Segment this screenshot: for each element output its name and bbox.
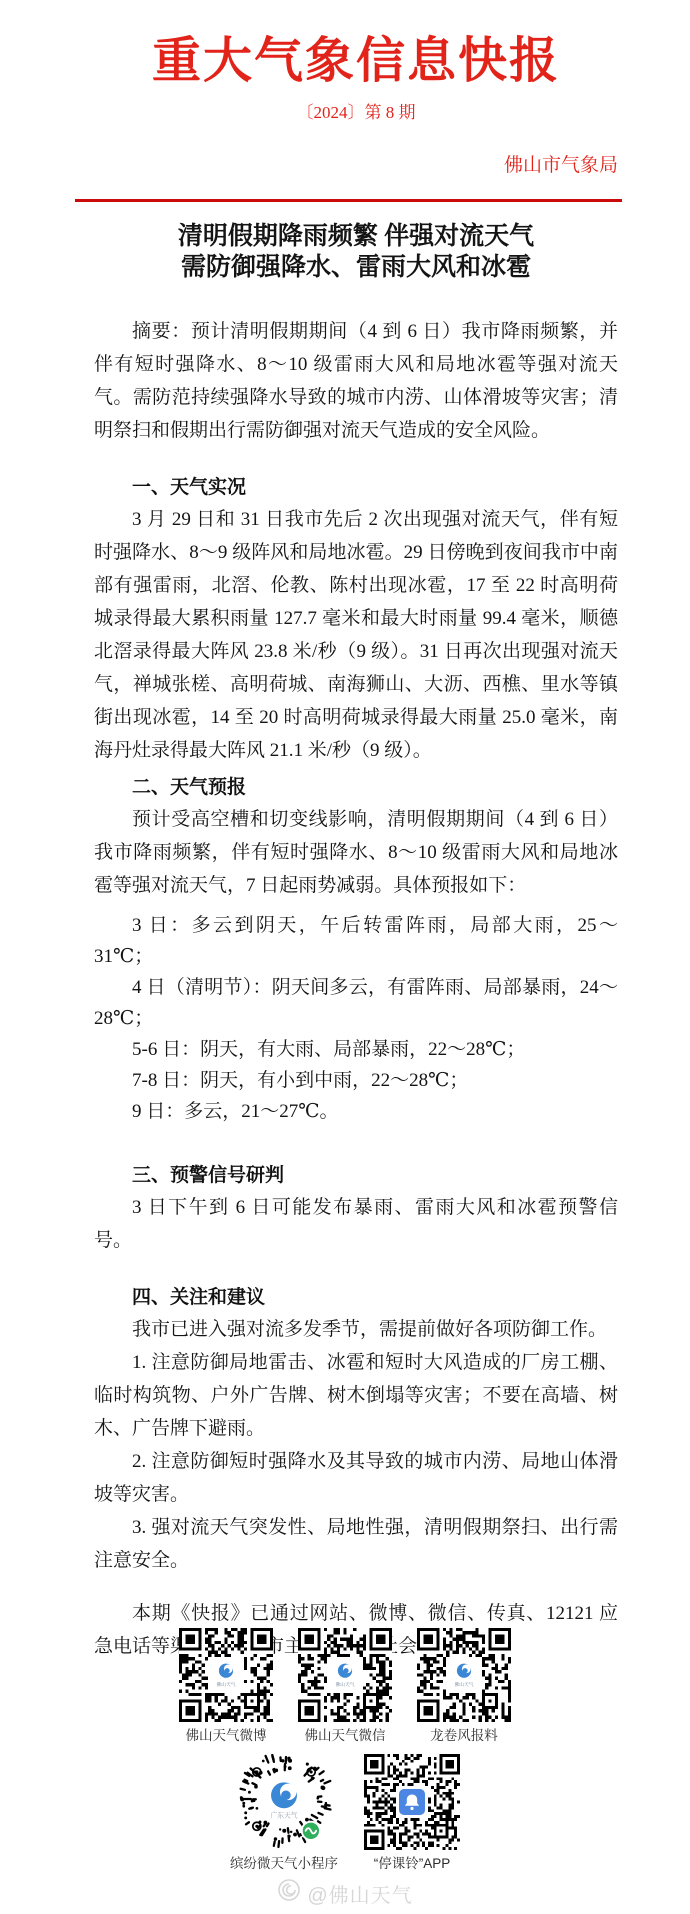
mini-program-code: 广东天气 [236,1754,332,1850]
section-1: 一、天气实况3 月 29 日和 31 日我市先后 2 次出现强对流天气，伴有短时… [94,473,618,767]
section-paragraph: 3. 强对流天气突发性、局地性强，清明假期祭扫、出行需注意安全。 [94,1511,618,1577]
headline-line-1: 清明假期降雨频繁 伴强对流天气 [94,221,618,252]
bell-icon [398,1788,426,1816]
qr-cell: 佛山天气龙卷风报料 [417,1628,511,1744]
qr-row-1: 佛山天气佛山天气微博佛山天气佛山天气微信佛山天气龙卷风报料 [0,1628,690,1744]
qr-code: 佛山天气 [298,1628,392,1722]
forecast-item: 5-6 日：阴天，有大雨、局部暴雨，22～28℃； [94,1034,618,1065]
qr-label: 缤纷微天气小程序 [230,1855,338,1872]
qr-label: 佛山天气微信 [305,1727,386,1744]
swirl-logo-icon: 佛山天气 [333,1661,357,1689]
svg-text:广东天气: 广东天气 [271,1810,298,1819]
abstract-paragraph: 摘要：预计清明假期期间（4 到 6 日）我市降雨频繁，并伴有短时强降水、8～10… [94,315,618,447]
qr-label: “停课铃”APP [374,1855,451,1872]
issue-number: 〔2024〕第 8 期 [94,102,618,124]
bulletin-headline: 清明假期降雨频繁 伴强对流天气 需防御强降水、雷雨大风和冰雹 [94,221,618,283]
qr-label: 佛山天气微博 [186,1727,267,1744]
forecast-list: 3 日：多云到阴天，午后转雷阵雨，局部大雨，25～31℃；4 日（清明节）：阴天… [94,910,618,1127]
headline-line-2: 需防御强降水、雷雨大风和冰雹 [94,252,618,283]
section-paragraph: 1. 注意防御局地雷击、冰雹和短时大风造成的厂房工棚、临时构筑物、户外广告牌、树… [94,1346,618,1445]
watermark-logo-icon [277,1878,301,1908]
svg-text:佛山天气: 佛山天气 [336,1681,355,1688]
section-paragraph: 我市已进入强对流多发季节，需提前做好各项防御工作。 [94,1313,618,1346]
sections: 一、天气实况3 月 29 日和 31 日我市先后 2 次出现强对流天气，伴有短时… [94,473,618,1577]
section-heading: 四、关注和建议 [94,1283,618,1313]
section-heading: 二、天气预报 [94,773,618,803]
qr-code [364,1754,460,1850]
qr-cell: 佛山天气佛山天气微博 [179,1628,273,1744]
qr-cell: 广东天气缤纷微天气小程序 [230,1754,338,1872]
section-paragraph: 3 月 29 日和 31 日我市先后 2 次出现强对流天气，伴有短时强降水、8～… [94,503,618,767]
watermark: @佛山天气 [0,1878,690,1908]
qr-code: 佛山天气 [179,1628,273,1722]
qr-code: 佛山天气 [417,1628,511,1722]
section-2: 二、天气预报预计受高空槽和切变线影响，清明假期期间（4 到 6 日）我市降雨频繁… [94,773,618,1127]
qr-cell: “停课铃”APP [364,1754,460,1872]
section-heading: 一、天气实况 [94,473,618,503]
issuing-agency: 佛山市气象局 [94,154,618,178]
section-paragraph: 3 日下午到 6 日可能发布暴雨、雷雨大风和冰雹预警信号。 [94,1191,618,1257]
svg-text:佛山天气: 佛山天气 [455,1681,474,1688]
section-paragraph: 预计受高空槽和切变线影响，清明假期期间（4 到 6 日）我市降雨频繁，伴有短时强… [94,803,618,902]
swirl-logo-icon: 佛山天气 [214,1661,238,1689]
watermark-text: @佛山天气 [307,1879,412,1908]
forecast-item: 3 日：多云到阴天，午后转雷阵雨，局部大雨，25～31℃； [94,910,618,972]
qr-label: 龙卷风报料 [430,1727,498,1744]
section-4: 四、关注和建议我市已进入强对流多发季节，需提前做好各项防御工作。1. 注意防御局… [94,1283,618,1577]
section-3: 三、预警信号研判3 日下午到 6 日可能发布暴雨、雷雨大风和冰雹预警信号。 [94,1161,618,1257]
qr-cell: 佛山天气佛山天气微信 [298,1628,392,1744]
swirl-logo-icon: 佛山天气 [452,1661,476,1689]
forecast-item: 4 日（清明节）：阴天间多云，有雷阵雨、局部暴雨，24～28℃； [94,972,618,1034]
forecast-item: 7-8 日：阴天，有小到中雨，22～28℃； [94,1065,618,1096]
section-paragraph: 2. 注意防御短时强降水及其导致的城市内涝、局地山体滑坡等灾害。 [94,1445,618,1511]
bulletin-page: 重大气象信息快报 〔2024〕第 8 期 佛山市气象局 清明假期降雨频繁 伴强对… [0,0,690,1914]
qr-code-section: 佛山天气佛山天气微博佛山天气佛山天气微信佛山天气龙卷风报料 广东天气缤纷微天气小… [0,1628,690,1872]
forecast-item: 9 日：多云，21～27℃。 [94,1096,618,1127]
red-divider-rule [75,199,622,202]
document-body: 重大气象信息快报 〔2024〕第 8 期 佛山市气象局 清明假期降雨频繁 伴强对… [0,0,690,1663]
svg-text:佛山天气: 佛山天气 [217,1681,236,1688]
document-title: 重大气象信息快报 [94,34,618,88]
section-heading: 三、预警信号研判 [94,1161,618,1191]
qr-row-2: 广东天气缤纷微天气小程序“停课铃”APP [0,1754,690,1872]
